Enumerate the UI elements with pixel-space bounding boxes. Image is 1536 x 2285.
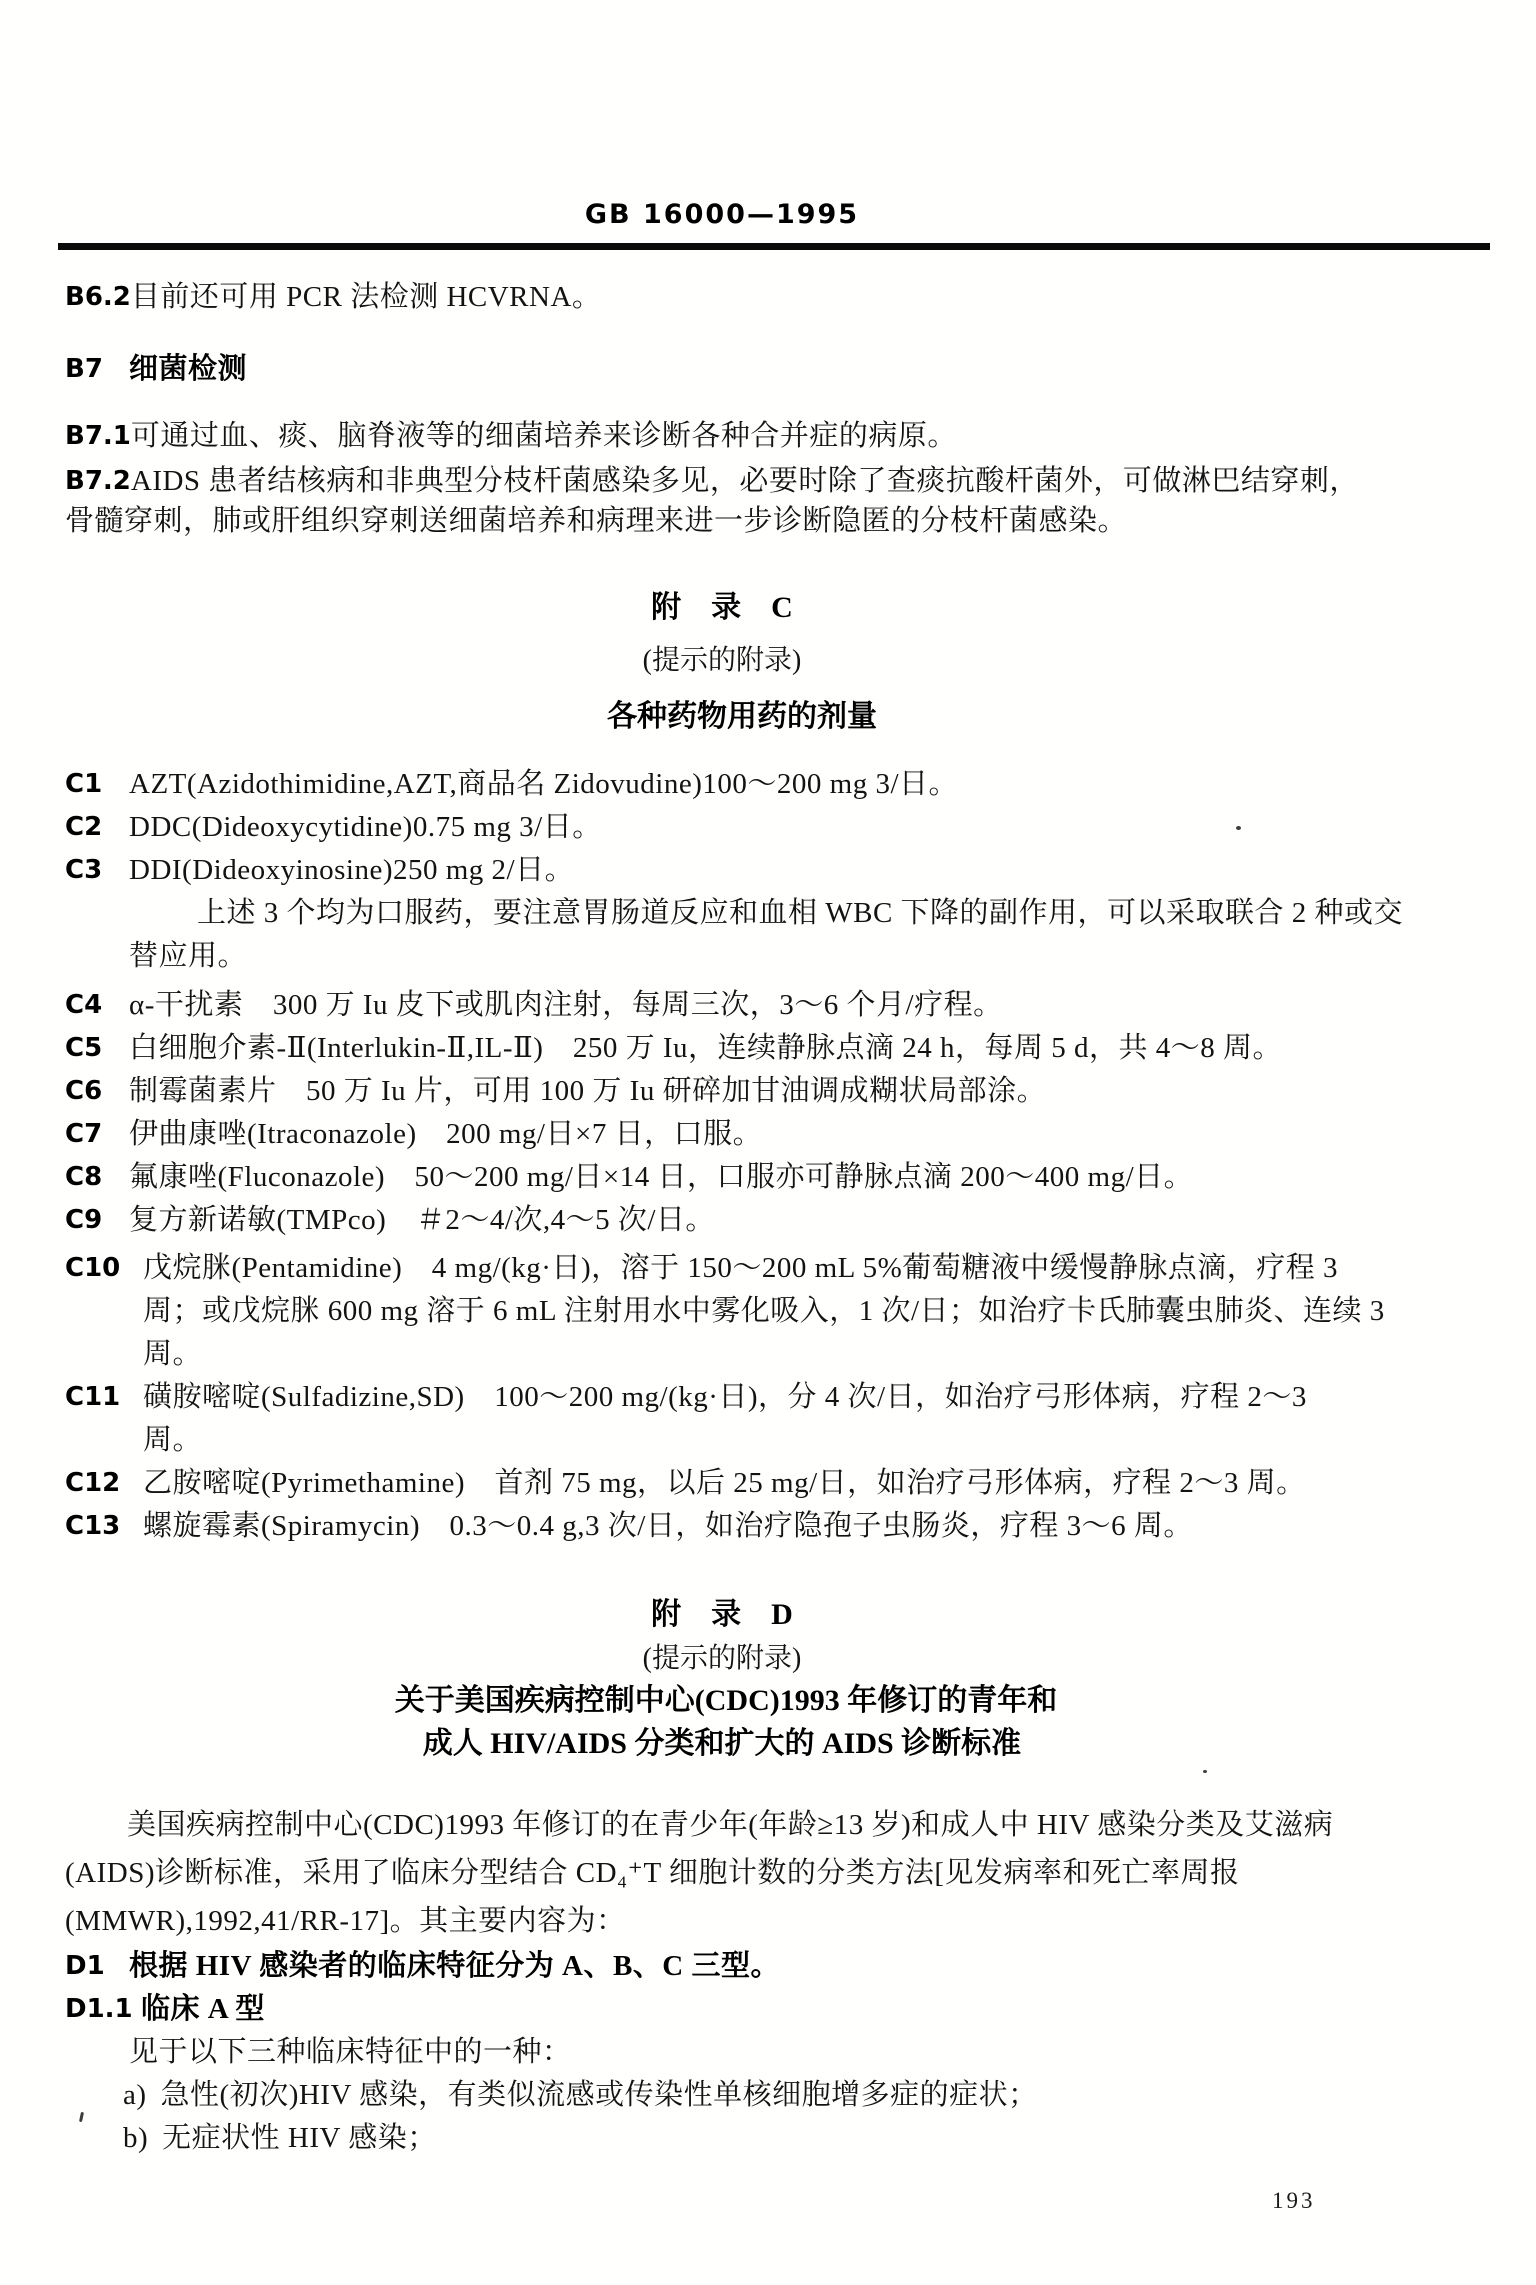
appendix-c-heading: 各种药物用药的剂量 <box>37 700 1447 734</box>
c8-number: C8 <box>65 1156 129 1199</box>
c12-number: C12 <box>65 1462 143 1505</box>
clause-b7-heading: B7细菌检测 <box>65 352 1475 386</box>
c5-number: C5 <box>65 1027 129 1070</box>
c-item-c1: C1AZT(Azidothimidine,AZT,商品名 Zidovudine)… <box>65 763 1475 806</box>
appendix-c-title: 附 录 C <box>17 591 1427 625</box>
d1-1-intro-text: 见于以下三种临床特征中的一种： <box>129 2031 1475 2074</box>
page-content: GB 16000—1995 B6.2目前还可用 PCR 法检测 HCVRNA。 … <box>0 0 1536 2160</box>
clause-b7-1-number: B7.1 <box>65 419 131 453</box>
c1-number: C1 <box>65 763 129 806</box>
clause-b7-2: B7.2AIDS 患者结核病和非典型分枝杆菌感染多见，必要时除了查痰抗酸杆菌外，… <box>65 461 1475 541</box>
d1-1-number: D1.1 <box>65 1988 141 2031</box>
header-rule <box>58 243 1490 250</box>
clause-b7-2-number: B7.2 <box>65 461 131 501</box>
c-item-c9: C9复方新诺敏(TMPco) ＃2～4/次,4～5 次/日。 <box>65 1199 1475 1242</box>
d1-1-item-a: a)急性(初次)HIV 感染，有类似流感或传染性单核细胞增多症的症状； <box>123 2074 1475 2117</box>
d1-text: 根据 HIV 感染者的临床特征分为 A、B、C 三型。 <box>129 1945 780 1988</box>
c-item-c6: C6制霉菌素片 50 万 Iu 片，可用 100 万 Iu 研碎加甘油调成糊状局… <box>65 1070 1475 1113</box>
standard-code-header: GB 16000—1995 <box>17 200 1427 230</box>
d1-1-item-b: b)无症状性 HIV 感染； <box>123 2117 1475 2160</box>
c3-number: C3 <box>65 849 129 892</box>
c10-number: C10 <box>65 1247 143 1376</box>
c9-number: C9 <box>65 1199 129 1242</box>
c3-text: DDI(Dideoxyinosine)250 mg 2/日。 <box>129 849 1475 892</box>
item-a-text: 急性(初次)HIV 感染，有类似流感或传染性单核细胞增多症的症状； <box>161 2079 1038 2111</box>
scan-speck <box>1236 826 1241 830</box>
c-item-c12: C12乙胺嘧啶(Pyrimethamine) 首剂 75 mg，以后 25 mg… <box>65 1462 1475 1505</box>
appendix-d-heading-line1: 关于美国疾病控制中心(CDC)1993 年修订的青年和 <box>21 1684 1431 1718</box>
item-b-label: b) <box>123 2122 148 2154</box>
c10-text: 戊烷脒(Pentamidine) 4 mg/(kg·日)，溶于 150～200 … <box>143 1247 1475 1376</box>
c12-text: 乙胺嘧啶(Pyrimethamine) 首剂 75 mg，以后 25 mg/日，… <box>143 1462 1475 1505</box>
appendix-d-heading-line2: 成人 HIV/AIDS 分类和扩大的 AIDS 诊断标准 <box>17 1727 1427 1761</box>
c6-text: 制霉菌素片 50 万 Iu 片，可用 100 万 Iu 研碎加甘油调成糊状局部涂… <box>129 1070 1475 1113</box>
c2-number: C2 <box>65 806 129 849</box>
clause-d1-1: D1.1临床 A 型 <box>65 1988 1475 2031</box>
d1-number: D1 <box>65 1945 129 1988</box>
c-item-c13: C13螺旋霉素(Spiramycin) 0.3～0.4 g,3 次/日，如治疗隐… <box>65 1505 1475 1548</box>
item-a-label: a) <box>123 2079 147 2111</box>
page-number: 193 <box>1272 2188 1316 2214</box>
c-item-c10: C10戊烷脒(Pentamidine) 4 mg/(kg·日)，溶于 150～2… <box>65 1247 1475 1376</box>
c-item-c2: C2DDC(Dideoxycytidine)0.75 mg 3/日。 <box>65 806 1475 849</box>
appendix-d-intro-paragraph: 美国疾病控制中心(CDC)1993 年修订的在青少年(年龄≥13 岁)和成人中 … <box>65 1801 1475 1945</box>
c13-number: C13 <box>65 1505 143 1548</box>
appendix-c-subtitle: (提示的附录) <box>17 644 1427 678</box>
clause-b6-2-text: 目前还可用 PCR 法检测 HCVRNA。 <box>131 281 602 313</box>
c13-text: 螺旋霉素(Spiramycin) 0.3～0.4 g,3 次/日，如治疗隐孢子虫… <box>143 1505 1475 1548</box>
c5-text: 白细胞介素-Ⅱ(Interlukin-Ⅱ,IL-Ⅱ) 250 万 Iu，连续静脉… <box>129 1027 1475 1070</box>
c7-text: 伊曲康唑(Itraconazole) 200 mg/日×7 日，口服。 <box>129 1113 1475 1156</box>
clause-d1: D1根据 HIV 感染者的临床特征分为 A、B、C 三型。 <box>65 1945 1475 1988</box>
appendix-d-subtitle: (提示的附录) <box>17 1642 1427 1676</box>
c-item-c5: C5白细胞介素-Ⅱ(Interlukin-Ⅱ,IL-Ⅱ) 250 万 Iu，连续… <box>65 1027 1475 1070</box>
clause-b7-1-text: 可通过血、痰、脑脊液等的细菌培养来诊断各种合并症的病原。 <box>131 420 957 452</box>
c4-text: α-干扰素 300 万 Iu 皮下或肌肉注射，每周三次，3～6 个月/疗程。 <box>129 984 1475 1027</box>
c2-text: DDC(Dideoxycytidine)0.75 mg 3/日。 <box>129 806 1475 849</box>
scan-speck <box>1203 1770 1207 1773</box>
clause-b7-title: 细菌检测 <box>129 353 247 385</box>
c7-number: C7 <box>65 1113 129 1156</box>
c4-number: C4 <box>65 984 129 1027</box>
d1-1-text: 临床 A 型 <box>141 1988 265 2031</box>
c9-text: 复方新诺敏(TMPco) ＃2～4/次,4～5 次/日。 <box>129 1199 1475 1242</box>
c-item-c11: C11磺胺嘧啶(Sulfadizine,SD) 100～200 mg/(kg·日… <box>65 1376 1475 1462</box>
c-item-c8: C8氟康唑(Fluconazole) 50～200 mg/日×14 日，口服亦可… <box>65 1156 1475 1199</box>
clause-b7-number: B7 <box>65 352 129 386</box>
c6-number: C6 <box>65 1070 129 1113</box>
appendix-c-item-list: C1AZT(Azidothimidine,AZT,商品名 Zidovudine)… <box>65 763 1475 1548</box>
c11-text: 磺胺嘧啶(Sulfadizine,SD) 100～200 mg/(kg·日)，分… <box>143 1376 1475 1462</box>
c8-text: 氟康唑(Fluconazole) 50～200 mg/日×14 日，口服亦可静脉… <box>129 1156 1475 1199</box>
c-oral-drugs-note: 上述 3 个均为口服药，要注意胃肠道反应和血相 WBC 下降的副作用，可以采取联… <box>129 892 1475 978</box>
clause-b6-2: B6.2目前还可用 PCR 法检测 HCVRNA。 <box>65 280 1475 314</box>
c11-number: C11 <box>65 1376 143 1462</box>
appendix-d-title: 附 录 D <box>17 1598 1427 1632</box>
c-item-c4: C4α-干扰素 300 万 Iu 皮下或肌肉注射，每周三次，3～6 个月/疗程。 <box>65 984 1475 1027</box>
c-item-c3: C3DDI(Dideoxyinosine)250 mg 2/日。 <box>65 849 1475 892</box>
c1-text: AZT(Azidothimidine,AZT,商品名 Zidovudine)10… <box>129 763 1475 806</box>
document-page: GB 16000—1995 B6.2目前还可用 PCR 法检测 HCVRNA。 … <box>0 0 1536 2285</box>
clause-b7-1: B7.1可通过血、痰、脑脊液等的细菌培养来诊断各种合并症的病原。 <box>65 419 1475 453</box>
item-b-text: 无症状性 HIV 感染； <box>162 2122 437 2154</box>
clause-b7-2-text: AIDS 患者结核病和非典型分枝杆菌感染多见，必要时除了查痰抗酸杆菌外，可做淋巴… <box>65 465 1359 537</box>
clause-b6-2-number: B6.2 <box>65 280 131 314</box>
c-item-c7: C7伊曲康唑(Itraconazole) 200 mg/日×7 日，口服。 <box>65 1113 1475 1156</box>
